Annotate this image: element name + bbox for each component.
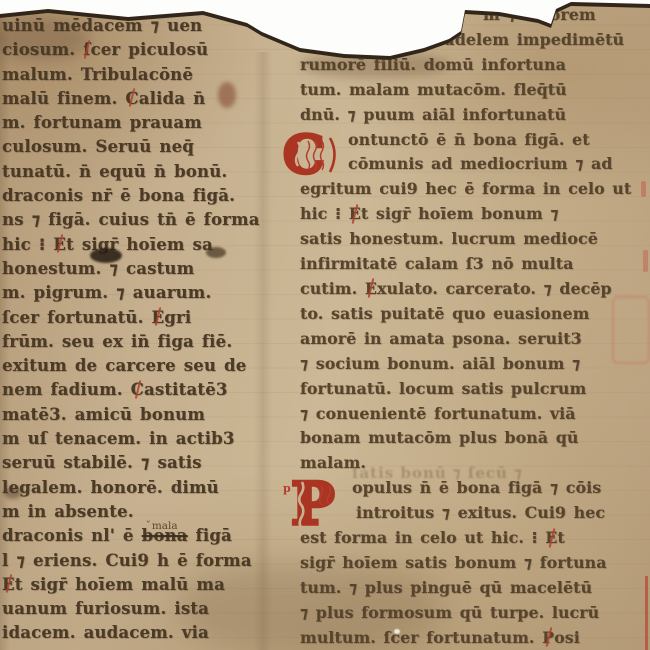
text-line: m ⁊ colorem <box>300 3 650 28</box>
rubricated-capital: E <box>365 277 377 302</box>
rubricated-capital: P <box>542 626 554 650</box>
text-line: ciosum. ſcer piculosū <box>2 38 256 62</box>
text-line: matē3. amicū bonum <box>2 403 256 427</box>
interlinear-note: mala <box>146 514 178 538</box>
initial-C: C <box>282 128 340 182</box>
rubricated-capital: ſ <box>83 38 90 62</box>
text-line: satis honestum. lucrum mediocē <box>300 227 650 252</box>
text-line: multum. ſcer fortunatum. Posi <box>300 626 650 650</box>
text-line: seruū stabilē. ⁊ satis <box>2 451 256 475</box>
text-line: ⁊ conuenientē fortunatum. viā <box>300 402 650 427</box>
text-line: to. satis puitatē quo euasionem <box>300 302 650 327</box>
text-line: ontunctō ē n̄ bona figā. et <box>300 128 650 153</box>
rubricated-capital: C <box>131 378 144 402</box>
rubricated-capital: E <box>349 202 361 227</box>
text-line: crudelem impedimētū <box>300 28 650 53</box>
text-line: draconis nl' ē bonamala figā <box>2 524 256 548</box>
text-line: frūm. seu ex in̄ figa fiē. <box>2 330 256 354</box>
red-stain <box>218 82 236 108</box>
ink-smudge <box>4 487 22 499</box>
ink-blot <box>206 247 226 258</box>
text-line: draconis nr̄ ē bona figā. <box>2 184 256 208</box>
rubricated-capital: E <box>2 573 15 597</box>
text-line: l ⁊ eriens. Cui9 h ē forma <box>2 549 256 573</box>
text-line: hic ⁝ Et sigr̄ hoīem bonum ⁊ <box>300 202 650 227</box>
rubricated-capital: E <box>545 526 557 551</box>
text-line: nem fadium. Castitatē3 <box>2 378 256 402</box>
text-line: m uſ tenacem. in actib3 <box>2 427 256 451</box>
text-line: m. pigrum. ⁊ auarum. <box>2 281 256 305</box>
text-line: idacem. audacem. via <box>2 621 256 645</box>
text-line: cōmunis ad mediocrium ⁊ ad <box>300 152 650 177</box>
rubricated-capital: E <box>53 233 66 257</box>
red-margin-mark <box>641 181 646 197</box>
guide-letter: p <box>283 482 291 495</box>
text-line: malum. Tribulacōnē <box>2 63 256 87</box>
text-line: m. fortunam prauam <box>2 111 256 135</box>
ink-smudge <box>330 38 410 54</box>
text-line: sigr̄ hoīem satis bonum ⁊ fortuna <box>300 551 650 576</box>
faint-seal-mark <box>612 296 650 364</box>
text-line: ſcer fortunatū. Egri <box>2 306 256 330</box>
text-line: bonam mutacōm plus bonā qū <box>300 426 650 451</box>
text-line: tum. malam mutacōm. fleq̄tū <box>300 78 650 103</box>
struck-word: bonamala <box>142 526 188 545</box>
ink-blot <box>90 248 122 263</box>
text-line: honestum. ⁊ castum <box>2 257 256 281</box>
parchment: uinū mēdacēm ⁊ uenciosum. ſcer piculosūm… <box>0 0 650 650</box>
rubricated-capital: C <box>125 87 138 111</box>
text-line: Et sigr̄ hoīem malū ma <box>2 573 256 597</box>
red-edge-line <box>645 576 648 650</box>
column-gutter-fold <box>254 52 272 650</box>
text-line: m in absente. <box>2 500 256 524</box>
white-speck <box>394 629 400 634</box>
text-line: ⁊ socium bonum. aiāl bonum ⁊ <box>300 352 650 377</box>
text-line: introitus ⁊ exitus. Cui9 hec <box>300 501 650 526</box>
text-line: ⁊ plus formosum qū turpe. lucrū <box>300 601 650 626</box>
left-column: uinū mēdacēm ⁊ uenciosum. ſcer piculosūm… <box>2 14 256 646</box>
text-line: infirmitatē calam ſ3 nō multa <box>300 252 650 277</box>
rubricated-capital: E <box>152 306 165 330</box>
text-line: amorē in amata psona. seruit3 <box>300 327 650 352</box>
initial-C-letter: C <box>283 128 324 182</box>
text-line: exitum de carcere seu de <box>2 354 256 378</box>
text-line: fortunatū. locum satis pulcrum <box>300 377 650 402</box>
text-line: dnū. ⁊ puum aiāl infortunatū <box>300 103 650 128</box>
right-column: m ⁊ coloremcrudelem impedimētūrumorē fil… <box>300 3 650 650</box>
red-margin-mark <box>643 250 648 272</box>
text-line: cutim. Exulato. carcerato. ⁊ decēp <box>300 277 650 302</box>
text-line: tunatū. n̄ equū n̄ bonū. <box>2 160 256 184</box>
initial-P: P <box>289 472 351 534</box>
text-line: legalem. honorē. dimū <box>2 476 256 500</box>
text-line: ns ⁊ figā. cuius tn̄ ē forma <box>2 208 256 232</box>
text-line: culosum. Seruū neq̄ <box>2 135 256 159</box>
text-line: egritum cui9 hec ē forma in celo ut <box>300 177 650 202</box>
text-line: uanum furiosum. ista <box>2 597 256 621</box>
text-line: est forma in celo ut hic. ⁝ Et <box>300 526 650 551</box>
text-line: tum. ⁊ plus pinguē qū macelētū <box>300 576 650 601</box>
bleedthrough-text: ſatis bonū ⁊ ſecū ⁊ <box>352 464 523 482</box>
manuscript-photo: uinū mēdacēm ⁊ uenciosum. ſcer piculosūm… <box>0 0 650 650</box>
